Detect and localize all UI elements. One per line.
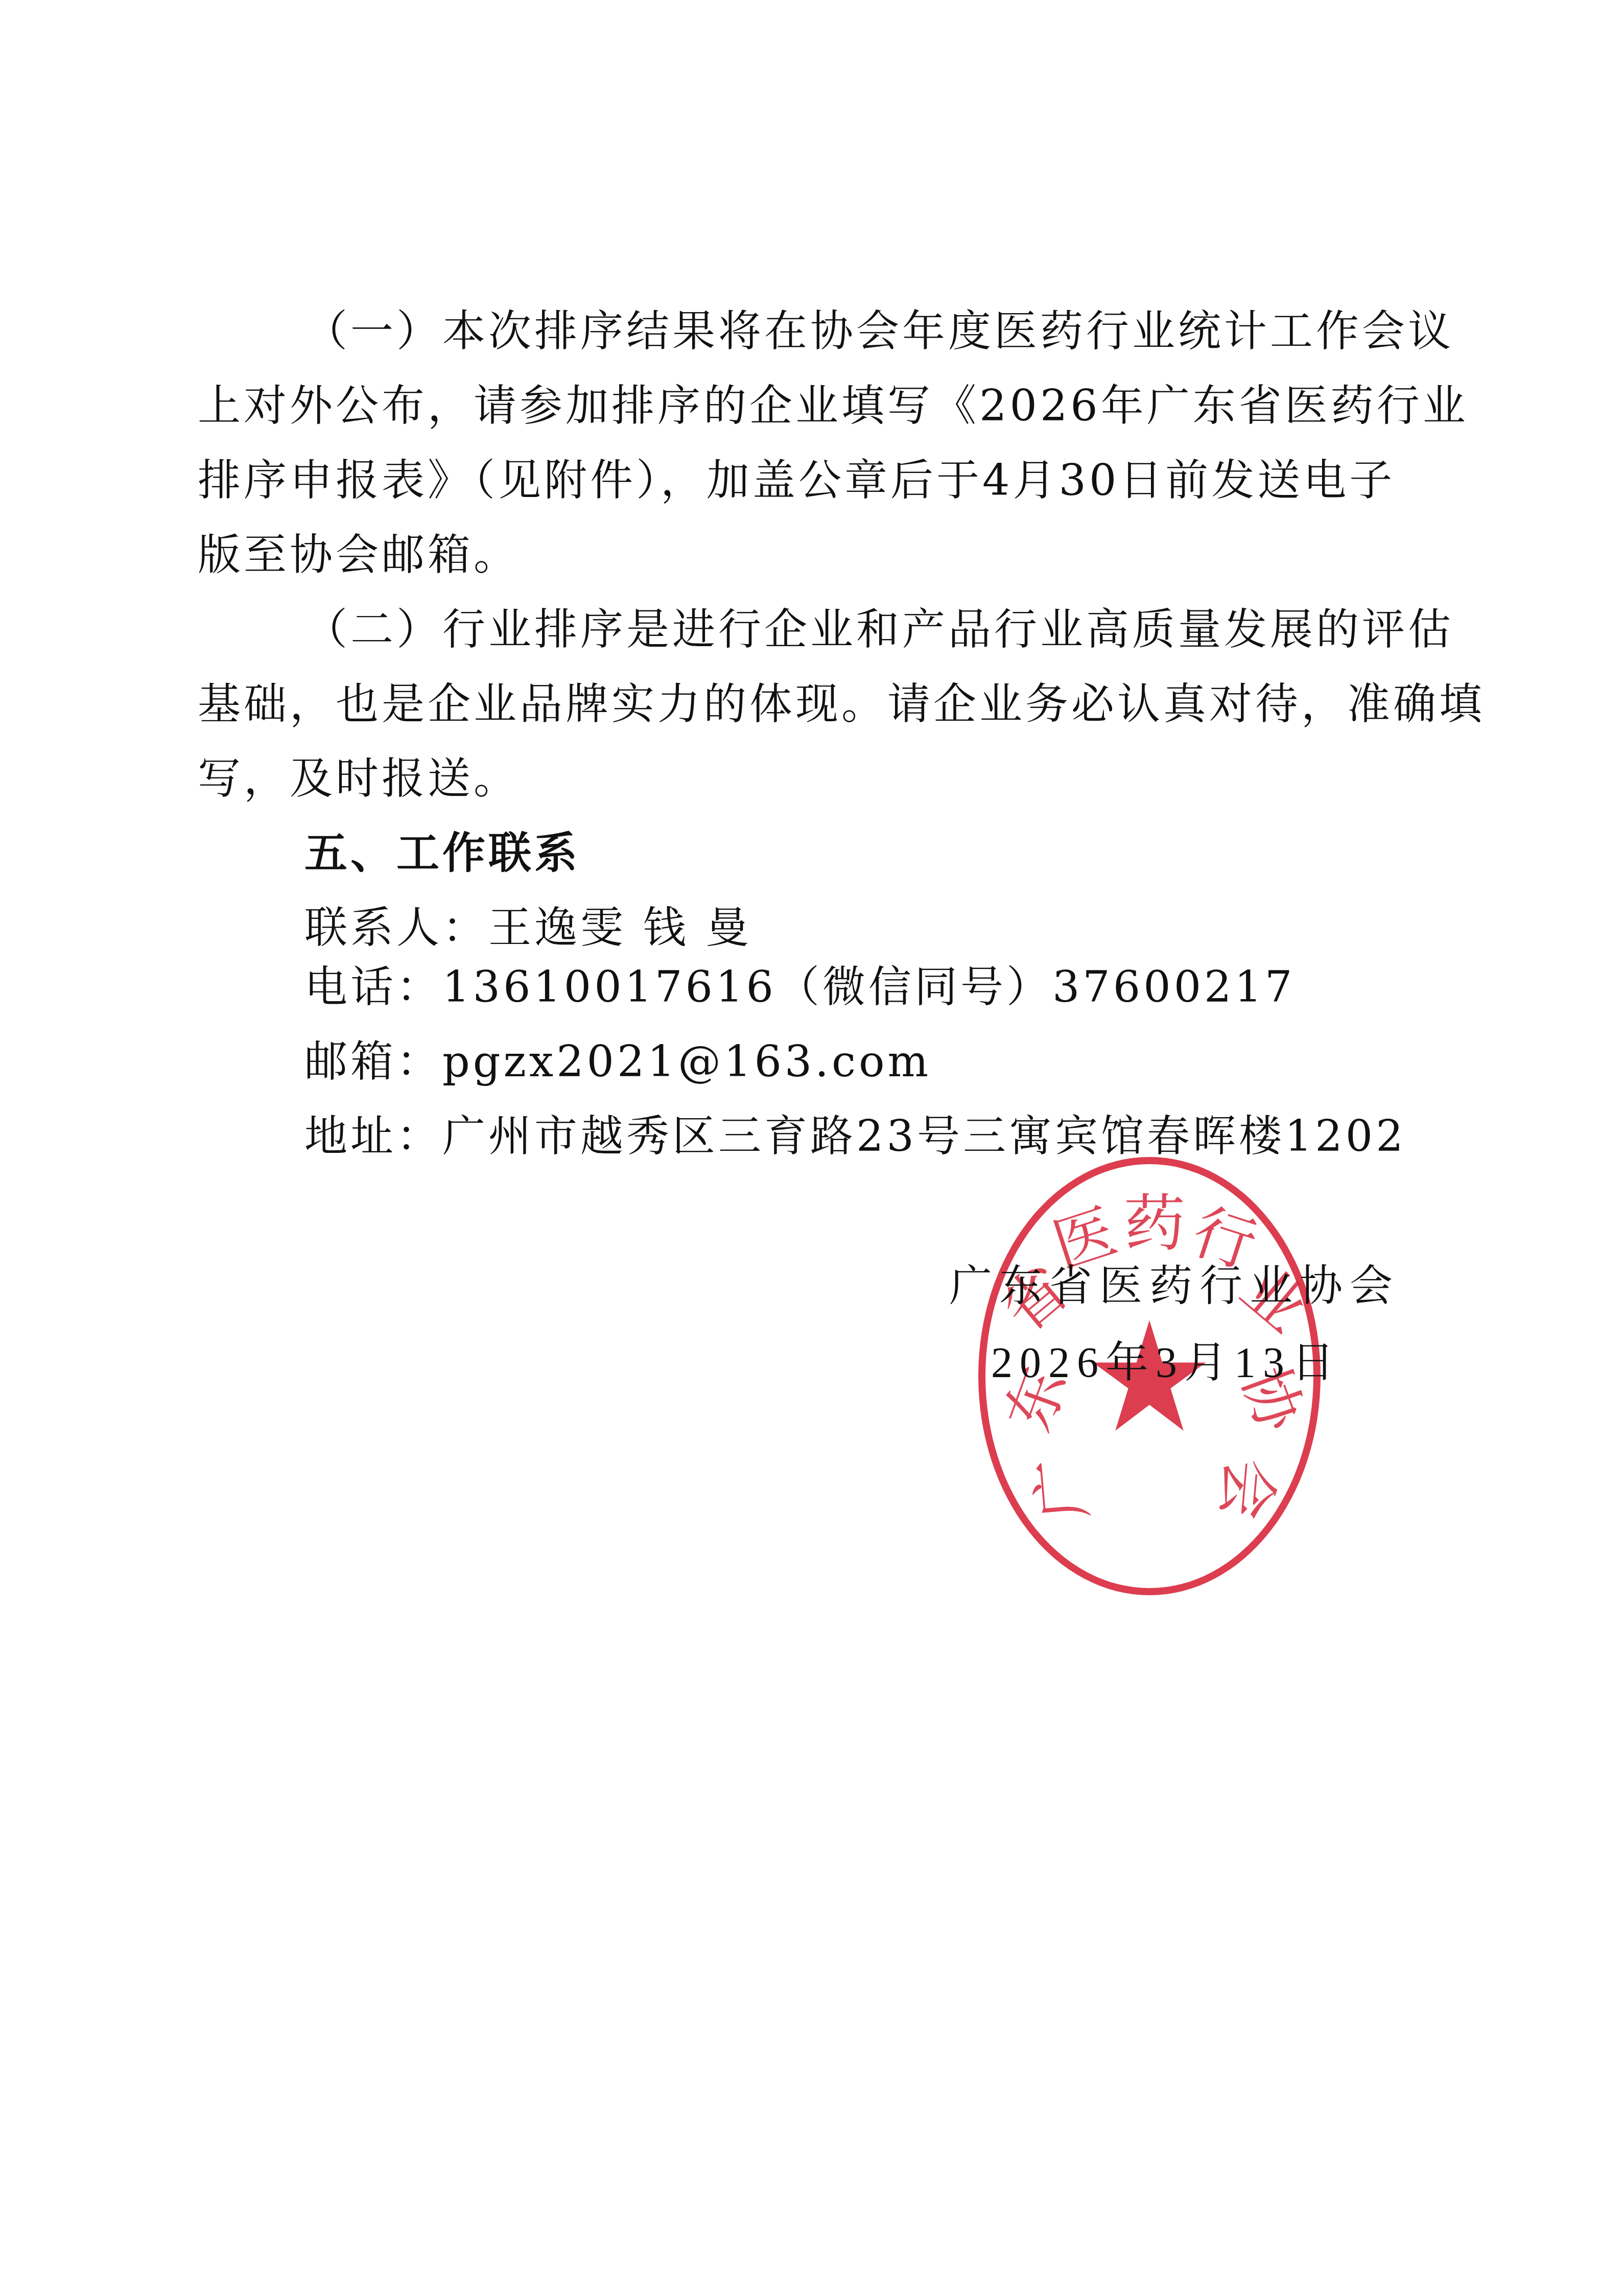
contact-persons: 联系人：王逸雯 钱 曼 — [304, 903, 1510, 952]
text-line: （一）本次排序结果将在协会年度医药行业统计工作会议 — [304, 306, 1510, 356]
section-heading: 五、工作联系 — [304, 829, 1510, 878]
signature-organization: 广东省医药行业协会 — [949, 1251, 1400, 1313]
text-line: （二）行业排序是进行企业和产品行业高质量发展的评估 — [304, 605, 1510, 654]
seal-char: 广 — [1011, 1455, 1104, 1524]
seal-char: 会 — [1205, 1455, 1298, 1524]
contact-phone: 电话：13610017616（微信同号）37600217 — [304, 962, 1510, 1011]
contact-email: 邮箱：pgzx2021@163.com — [304, 1037, 1510, 1086]
text-line: 上对外公布，请参加排序的企业填写《2026年广东省医药行业 — [198, 381, 1403, 430]
text-line: 版至协会邮箱。 — [198, 530, 1403, 579]
text-line: 基础，也是企业品牌实力的体现。请企业务必认真对待，准确填 — [198, 679, 1403, 728]
contact-address: 地址：广州市越秀区三育路23号三寓宾馆春晖楼1202 — [304, 1111, 1510, 1161]
signature-date: 2026年3月13日 — [991, 1328, 1341, 1390]
text-line: 写，及时报送。 — [198, 754, 1403, 803]
seal-char: 药 — [1124, 1175, 1185, 1263]
text-line: 排序申报表》（见附件），加盖公章后于4月30日前发送电子 — [198, 456, 1403, 505]
